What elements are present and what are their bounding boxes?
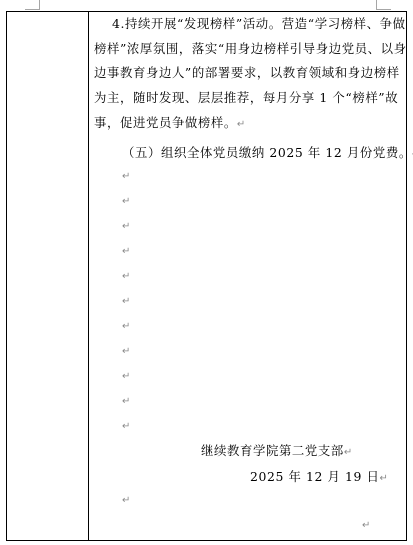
signature-date: 2025 年 12 月 19 日↵ — [250, 469, 389, 487]
paragraph-mark-icon: ↵ — [122, 346, 130, 358]
table-cell-left[interactable] — [7, 12, 89, 540]
table-cell-right[interactable]: 4.持续开展“发现榜样”活动。营造“学习榜样、争做 榜样”浓厚氛围，落实“用身边… — [89, 12, 406, 540]
margin-corner-mark-right — [376, 9, 391, 10]
paragraph-mark-icon: ↵ — [122, 321, 130, 333]
paragraph-mark-icon: ↵ — [122, 396, 130, 408]
paragraph-mark-icon: ↵ — [122, 271, 130, 283]
paragraph-4-line-2: 榜样”浓厚氛围，落实“用身边榜样引导身边党员、以身 — [94, 41, 407, 57]
paragraph-mark-icon: ↵ — [122, 421, 130, 433]
paragraph-mark-icon: ↵ — [122, 246, 130, 258]
section-5-heading: （五）组织全体党员缴纳 2025 年 12 月份党费。↵ — [122, 145, 413, 163]
paragraph-mark-icon: ↵ — [122, 196, 130, 208]
paragraph-mark-icon: ↵ — [380, 473, 389, 484]
margin-corner-mark-left — [25, 9, 40, 10]
paragraph-mark-icon: ↵ — [122, 296, 130, 308]
signature-organization: 继续教育学院第二党支部↵ — [201, 443, 353, 461]
paragraph-4-line-5: 事，促进党员争做榜样。↵ — [94, 115, 246, 133]
paragraph-mark-icon: ↵ — [237, 119, 246, 130]
paragraph-mark-icon: ↵ — [344, 447, 353, 458]
paragraph-mark-icon: ↵ — [122, 221, 130, 233]
paragraph-4-line-1: 4.持续开展“发现榜样”活动。营造“学习榜样、争做 — [95, 16, 406, 32]
paragraph-mark-icon: ↵ — [122, 495, 130, 507]
paragraph-mark-icon: ↵ — [122, 371, 130, 383]
paragraph-4-line-3: 边事教育身边人”的部署要求，以教育领域和身边榜样 — [94, 65, 400, 81]
paragraph-mark-icon: ↵ — [362, 520, 370, 532]
paragraph-4-line-4: 为主，随时发现、层层推荐，每月分享 1 个“榜样”故 — [94, 90, 398, 106]
paragraph-mark-icon: ↵ — [122, 171, 130, 183]
document-table: 4.持续开展“发现榜样”活动。营造“学习榜样、争做 榜样”浓厚氛围，落实“用身边… — [6, 11, 407, 541]
